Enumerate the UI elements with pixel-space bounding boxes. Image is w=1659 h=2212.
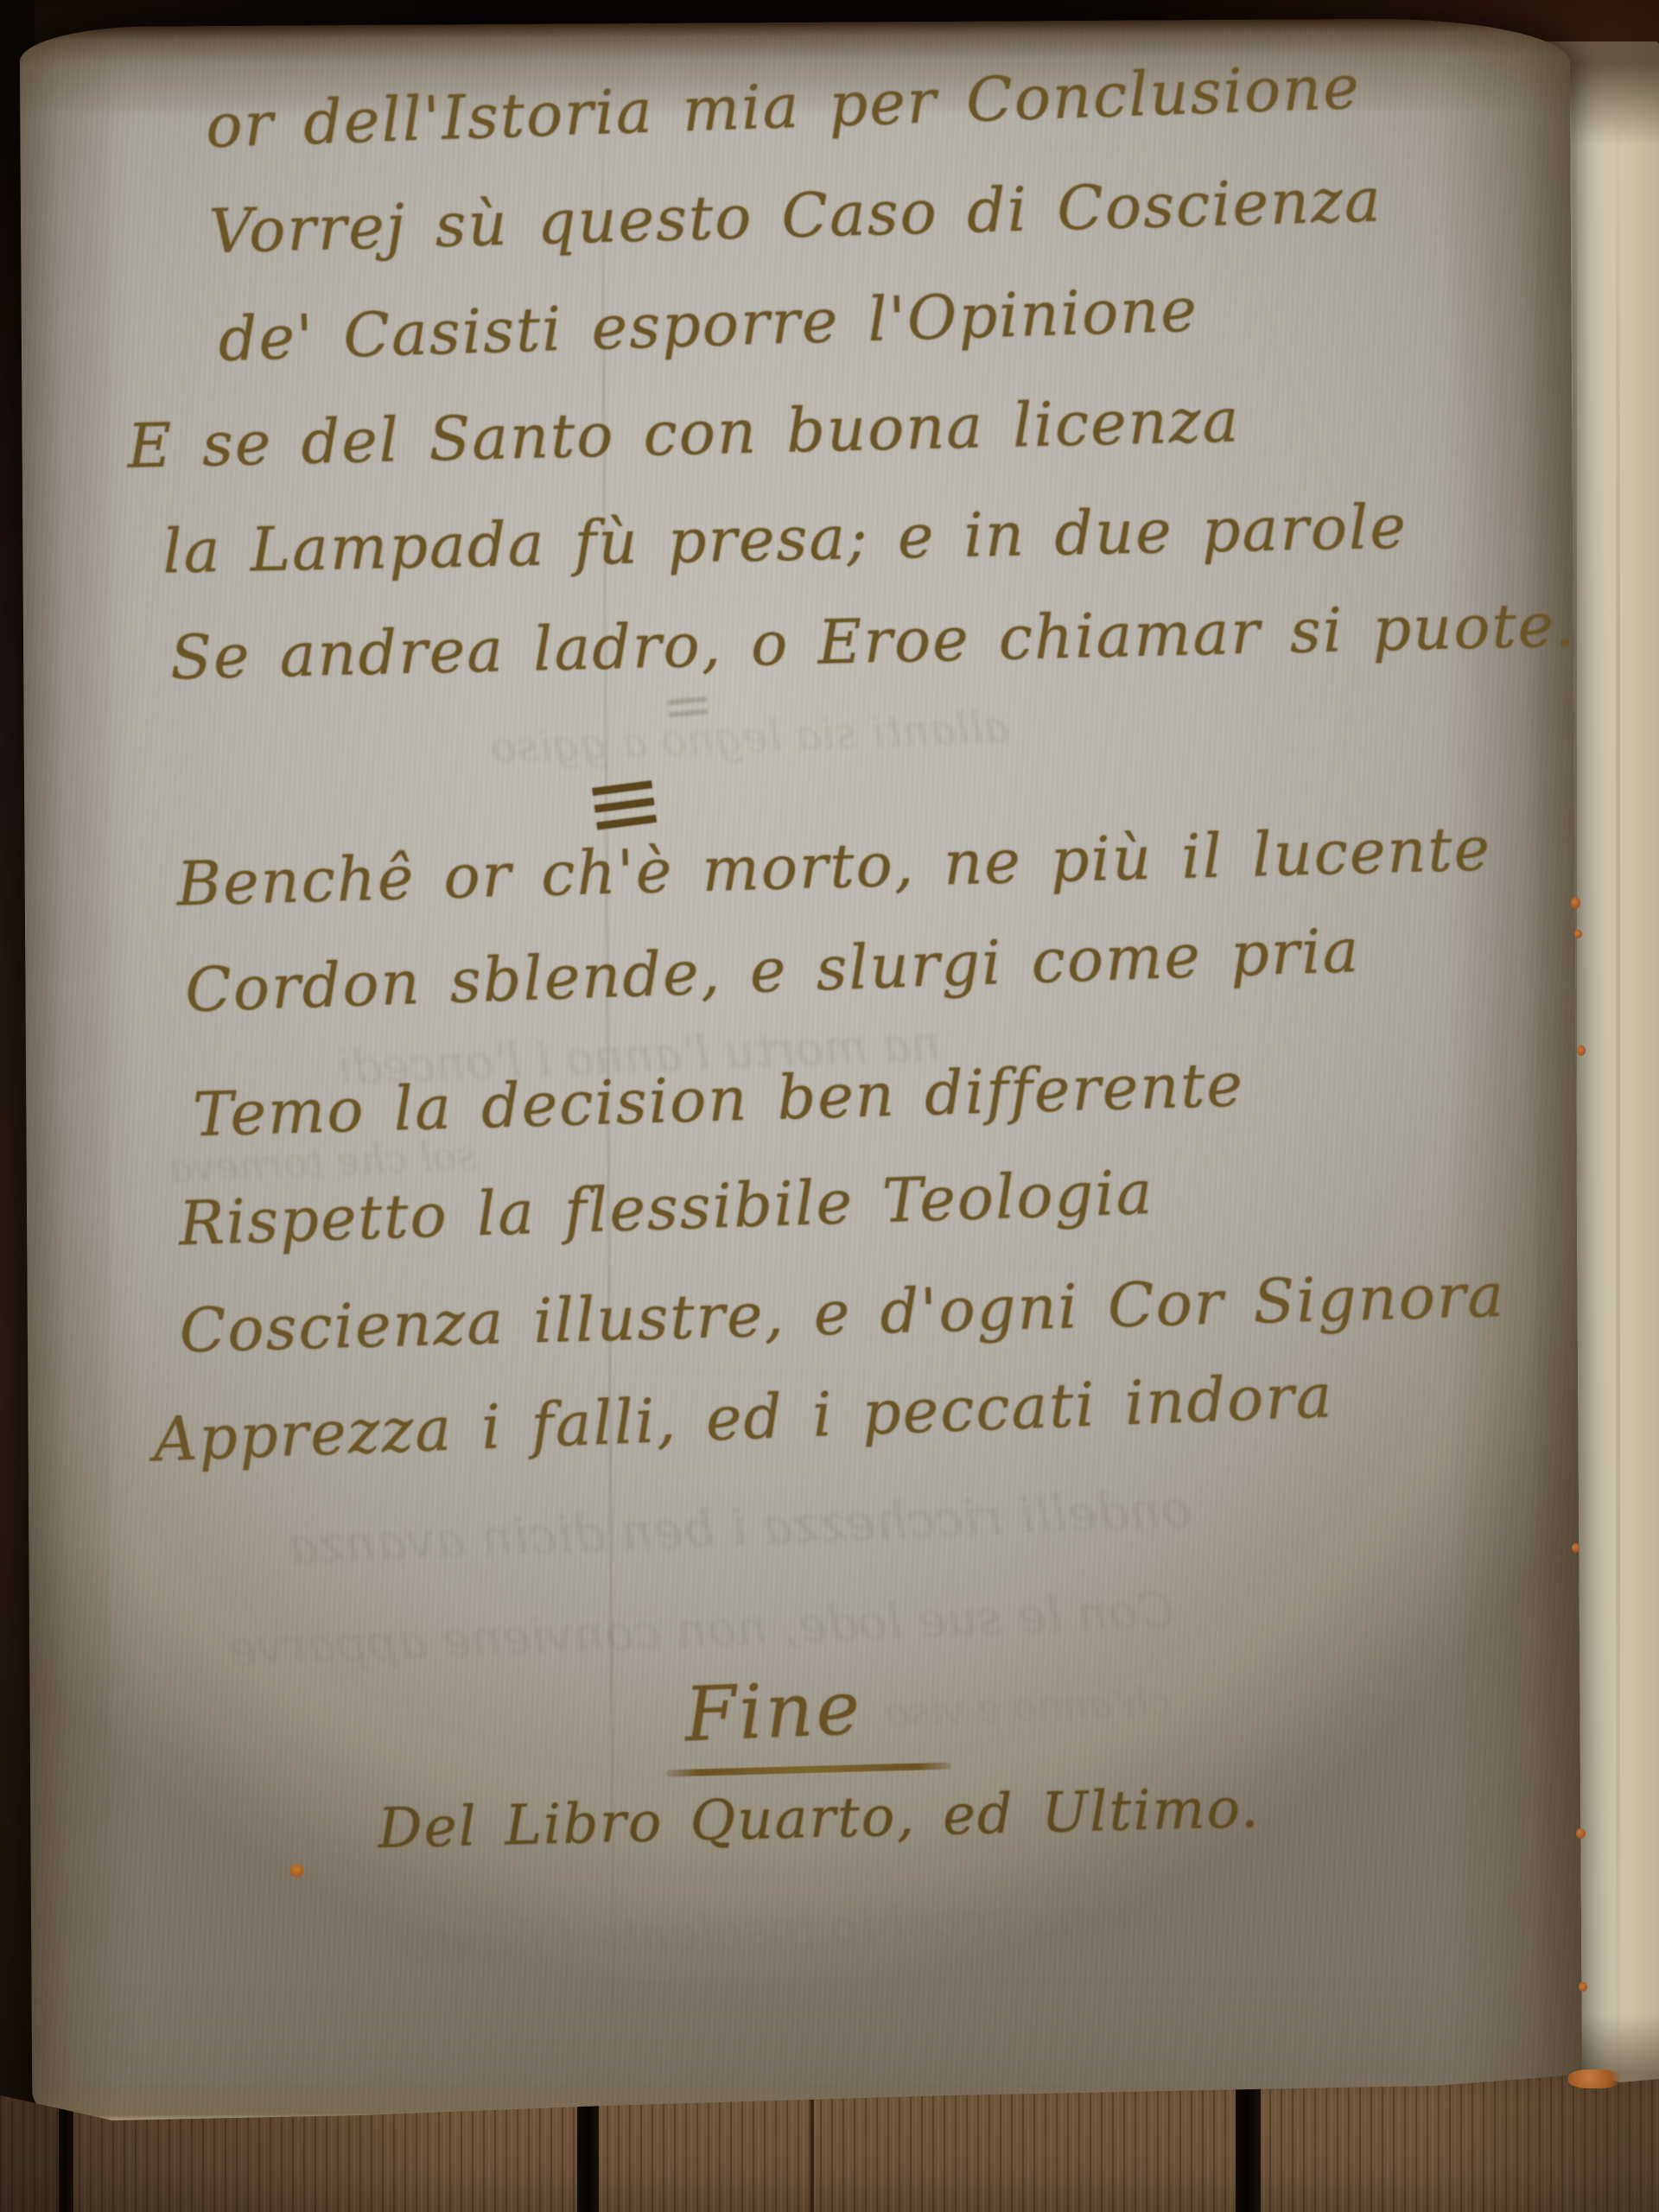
rust-spot: [1577, 1046, 1586, 1056]
rust-spot: [1572, 1543, 1580, 1553]
fine-word: Fine: [683, 1671, 864, 1752]
poem-line: de' Casisti esporre l'Opinione: [218, 276, 1199, 373]
rust-spot: [1576, 1828, 1586, 1839]
poem-line: E se del Santo con buona licenza: [127, 387, 1241, 480]
poem-line: Vorrej sù questo Caso di Coscienza: [208, 167, 1383, 265]
stanza-divider: ≡: [581, 769, 667, 836]
poem-line: Benchê or ch'è morto, ne più il lucente: [176, 816, 1492, 918]
next-leaf-fold-line: [1616, 41, 1620, 2091]
colophon-subtitle: Del Libro Quarto, ed Ultimo.: [378, 1778, 1261, 1859]
poem-line: Se andrea ladro, o Eroe chiamar si puote…: [169, 592, 1577, 691]
showthrough-line: Con le sue lode, non conviene apparve: [227, 1586, 1175, 1674]
poem-line: Cordon sblende, e slurgi come pria: [184, 918, 1361, 1024]
poem-line: or dell'Istoria mia per Conclusione: [205, 54, 1362, 160]
showthrough-line: ch'anno e viso: [885, 1681, 1172, 1733]
rust-spot: [1579, 1982, 1587, 1992]
fine-underline: [666, 1762, 951, 1777]
photograph-of-manuscript: { "manuscript": { "description": "Handwr…: [0, 0, 1659, 2212]
rust-spot: [1574, 930, 1582, 938]
showthrough-line: ondelli ricchezza i ben dicin avanza: [287, 1484, 1192, 1571]
showthrough-line: mons vecchio insolente i fapito: [402, 1891, 1163, 1970]
showthrough-line: allanti sia legno a ggiso: [490, 705, 1010, 770]
rust-spot: [1568, 2069, 1620, 2088]
poem-line: la Lampada fù presa; e in due parole: [162, 494, 1408, 586]
poem-line: Coscienza illustre, e d'ogni Cor Signora: [179, 1262, 1506, 1364]
poem-line: Apprezza i falli, ed i peccati indora: [152, 1363, 1335, 1473]
rust-stain: [290, 1865, 304, 1878]
manuscript-page: or dell'Istoria mia per Conclusione Vorr…: [20, 18, 1583, 2126]
showthrough-line: sol che torneva: [168, 1135, 478, 1188]
rust-spot: [1571, 897, 1580, 909]
